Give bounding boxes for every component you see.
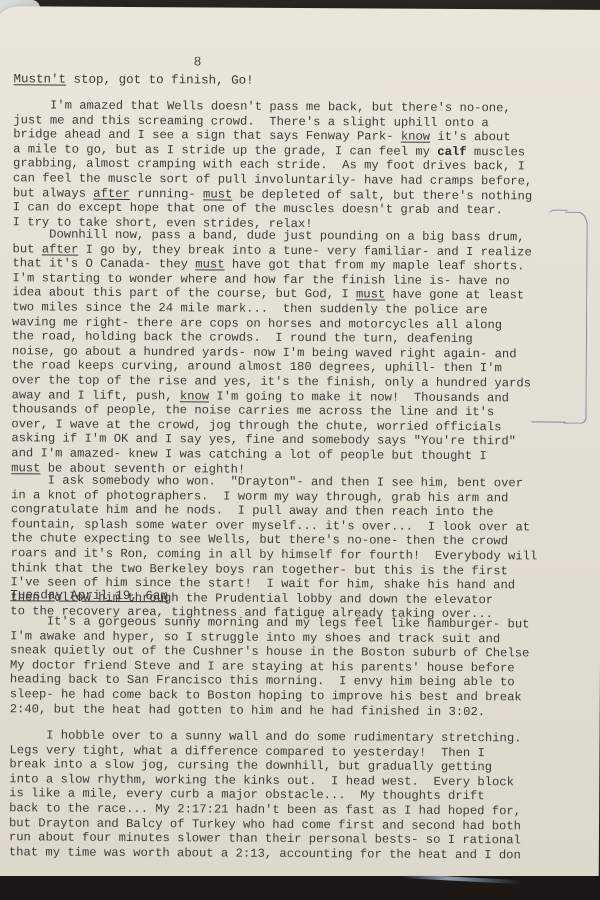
- paragraph-hobble: I hobble over to a sunny wall and do som…: [9, 728, 522, 862]
- heading-tuesday-text: Tuesday April 19, 6am: [10, 588, 168, 603]
- heading-rest: stop, got to finish, Go!: [66, 73, 254, 88]
- text-line: 2:40, but the heat had gotten to him and…: [10, 702, 529, 720]
- section-heading-finish: Mustn't stop, got to finish, Go!: [14, 72, 254, 87]
- paragraph-downhill: Downhill now, pass a band, dude just pou…: [11, 227, 532, 478]
- section-heading-tuesday: Tuesday April 19, 6am: [10, 588, 168, 603]
- margin-bracket: [563, 212, 587, 424]
- heading-underlined: Mustn't: [14, 72, 67, 86]
- paragraph-morning: It's a gorgeous sunny morning and my leg…: [10, 614, 530, 719]
- paragraph-amazed: I'm amazed that Wells doesn't pass me ba…: [13, 98, 533, 233]
- typewritten-page: 8 Mustn't stop, got to finish, Go! I'm a…: [0, 6, 600, 882]
- text-line: that my time was worth about a 2:13, acc…: [9, 845, 521, 863]
- page-number: 8: [194, 54, 202, 69]
- margin-bracket-hook: [531, 413, 565, 422]
